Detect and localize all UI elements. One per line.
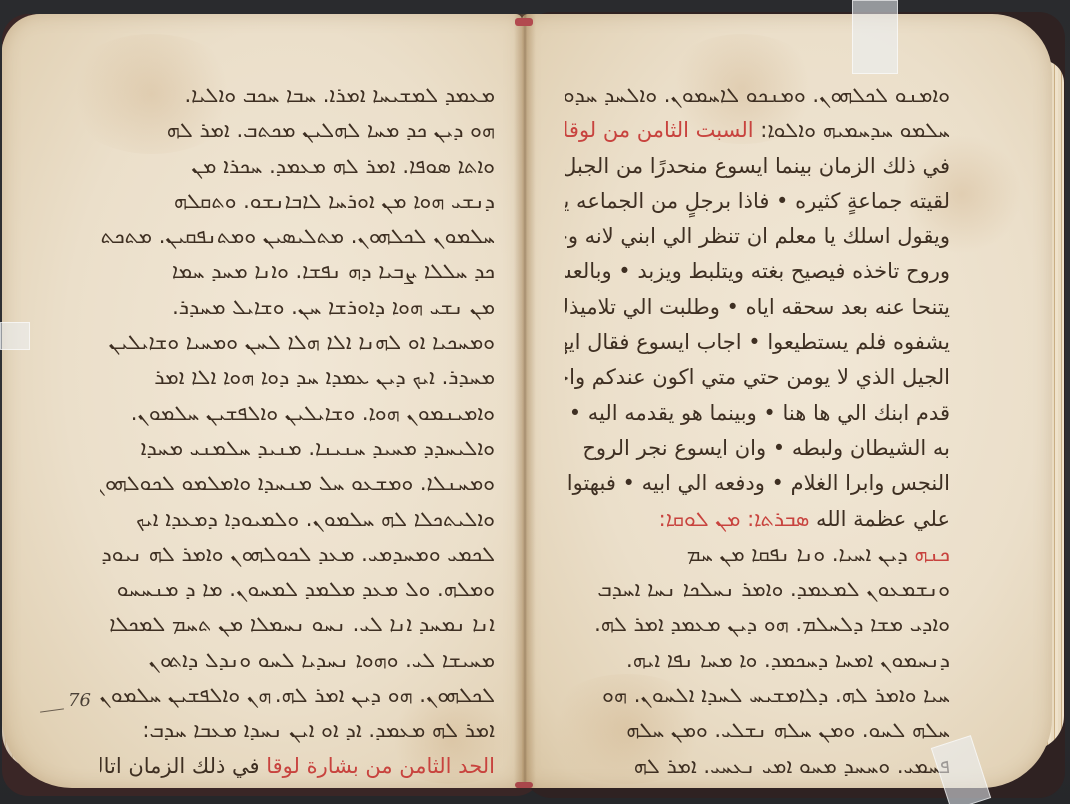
manuscript-line: ܠܟܠܗܘܢ. ܗܘ ܕܝܢ ܐܡܪ ܠܗ. ܗܢ ܘܐܠܦܫܝܢ ܚܠܡܘܢ. <box>100 678 495 713</box>
manuscript-line: يتنحا عنه بعد سحقه اياه • وطلبت الي تلام… <box>565 290 950 325</box>
manuscript-line: ܐܡܪ ܠܗ ܡܥܡܕ. ܐܕ ܐܘ ܐܝܢ ܢܚܕܐ ܡܥܒܐ ܚܕܒ: <box>100 713 495 748</box>
body-text: ويقول اسلك يا معلم ان تنظر الي ابني لانه… <box>565 224 950 248</box>
folio-number: 76 <box>68 690 91 711</box>
manuscript-line: ܠܟܡܝ ܘܡܚܕܡܝ. ܡܥܕ ܠܟܘܠܗܘܢ ܘܐܡܪ ܠܗ ܢܝܘܕ <box>100 537 495 572</box>
body-text: ܚܠܡܘ ܚܕܚܡܝܗ ܘܐܠܘܐ: <box>754 118 950 142</box>
body-text: علي عظمة الله <box>809 507 950 531</box>
rubric-text: الحد الثامن من بشارة لوقا <box>260 754 495 778</box>
body-text: ܚܠܗ ܠܚܘ. ܘܡܢ ܚܠܗ ܢܫܠܝ. ܘܡܢ ܚܠܗ <box>626 718 950 742</box>
body-text: ܦܚܡܝ. ܘܚܚܕ ܡܚܘ ܐܡܝ ܢܥܚܝ. ܐܡܪ ܠܗ <box>634 754 950 778</box>
manuscript-line: ܘܢܫܡܥܘܢ ܠܡܥܡܕ. ܘܐܡܪ ܢܚܠܟܐ ܢܚܐ ܐܚܕܒ <box>565 572 950 607</box>
manuscript-line: ܚܠܡܘܢ ܠܟܠܗܘܢ. ܡܬܠܝܣܝܢ ܘܡܬܢܦܩܝܢ. ܡܬܟܬܒܝܢ <box>100 219 495 254</box>
mounting-tape-top <box>852 0 898 74</box>
body-text: ܘܡܚܢܠܐ. ܘܡܫܥܘ ܚܠ ܡܢܚܕܐ ܘܐܡܠܡܘ ܠܟܘܠܗܘܢ. <box>100 471 495 495</box>
body-text: ܘܐܡܢܘ ܠܟܠܗܘܢ. ܘܡܢܟܘ ܠܐܚܡܘܢ. ܘܐܠܚܕ ܚܕܘ <box>565 83 950 107</box>
manuscript-line: ܘܡܚܟܝܐ ܐܘ ܠܗܢܐ ܐܠܐ ܗܠܐ ܠܚܢ ܘܡܚܝܐ ܘܫܐܝܠܝܢ <box>100 325 495 360</box>
body-text: قدم ابنك الي ها هنا • وبينما هو يقدمه ال… <box>565 401 950 425</box>
manuscript-line: ܡܢ ܢܫܝ ܗܘܐ ܕܐܘܪܫܐ ܚܢ. ܘܫܐܝܠ ܡܚܕܪ. <box>100 290 495 325</box>
manuscript-line: به الشيطان ولبطه • وان ايسوع نجر الروح <box>565 431 950 466</box>
manuscript-line: ܡܚܕܪ. ܐܝܟ ܕܝܢ ܥܡܕܐ ܚܕ ܕܘܐ ܗܘܐ ܐܠܐ ܐܡܪ <box>100 360 495 395</box>
manuscript-line: قدم ابنك الي ها هنا • وبينما هو يقدمه ال… <box>565 396 950 431</box>
manuscript-line: ܗܘ ܕܝܢ ܟܕ ܡܚܐ ܠܗܠܝܢ ܡܟܬܒ. ܐܡܪ ܠܗ <box>100 113 495 148</box>
body-text: ܠܟܠܗܘܢ. ܗܘ ܕܝܢ ܐܡܪ ܠܗ. ܗܢ ܘܐܠܦܫܝܢ ܚܠܡܘܢ. <box>100 683 495 707</box>
manuscript-line: وروح تاخذه فيصيح بغته ويتلبط ويزبد • وبا… <box>565 254 950 289</box>
body-text: ܡܚܝܫܐ ܠܝ. ܘܗܘܐ ܢܚܕܝܐ ܠܚܘ ܘܢܕܠ ܕܐܬܘܢ <box>149 648 495 672</box>
body-text: يتنحا عنه بعد سحقه اياه • وطلبت الي تلام… <box>565 295 950 319</box>
left-page-text-block: ܡܥܡܕ ܠܡܫܝܚܐ ܐܡܪܐ. ܚܒܐ ܚܟܒ ܘܐܠܝܐ.ܗܘ ܕܝܢ ܟ… <box>100 78 495 784</box>
body-text: به الشيطان ولبطه • وان ايسوع نجر الروح <box>582 436 950 460</box>
body-text: ܚܠܡܘܢ ܠܟܠܗܘܢ. ܡܬܠܝܣܝܢ ܘܡܬܢܦܩܝܢ. ܡܬܟܬܒܝܢ <box>100 224 495 248</box>
manuscript-line: ܘܐܡܢܘ ܠܟܠܗܘܢ. ܘܡܢܟܘ ܠܐܚܡܘܢ. ܘܐܠܚܕ ܚܕܘ <box>565 78 950 113</box>
manuscript-line: ܘܐܡܝܢܡܘܢ ܗܘܐ. ܘܫܐܝܠܝܢ ܘܐܠܦܫܝܢ ܚܠܡܘܢ. <box>100 396 495 431</box>
body-text: وروح تاخذه فيصيح بغته ويتلبط ويزبد • وبا… <box>565 259 950 283</box>
manuscript-line: في ذلك الزمان بينما ايسوع منحدرًا من الج… <box>565 149 950 184</box>
body-text: ܘܡܠܗ. ܘܠ ܡܥܕ ܡܠܡܕ ܠܡܚܘܢ. ܡܐ ܕ ܡܢܚܚܘ <box>117 577 495 601</box>
body-text: ܘܐܠܝܚܕܕ ܡܚܝܕ ܚܢܝܢܐ. ܡܢܝܕ ܚܠܡܢܝ ܡܚܕܐ <box>141 436 495 460</box>
body-text: ܐܢܐ ܢܡܚܕ ܐܢܐ ܠܝ. ܢܚܘ ܢܚܡܠܐ ܡܢ ܬܚܡ ܠܡܟܠܐ <box>109 612 495 636</box>
manuscript-line: ܚܠܡܘ ܚܕܚܡܝܗ ܘܐܠܘܐ: السبت الثامن من لوقا <box>565 113 950 148</box>
rubric-text: ܟܢܗ <box>908 542 950 566</box>
manuscript-line: ܘܐܬܐ ܣܘܦܐ. ܐܡܪ ܠܗ ܡܥܡܕ. ܚܟܪܐ ܡܢ <box>100 149 495 184</box>
manuscript-line: ܐܢܐ ܢܡܚܕ ܐܢܐ ܠܝ. ܢܚܘ ܢܚܡܠܐ ܡܢ ܬܚܡ ܠܡܟܠܐ <box>100 607 495 642</box>
body-text: ܟܕ ܚܠܠܐ ܨܒܝܐ ܕܗ ܢܦܫܐ. ܘܐܢܐ ܡܚܕ ܚܡܐ <box>172 259 495 283</box>
body-text: ܗܘ ܕܝܢ ܟܕ ܡܚܐ ܠܗܠܝܢ ܡܟܬܒ. ܐܡܪ ܠܗ <box>167 118 495 142</box>
manuscript-line: ܘܐܠܝܬܟܠܐ ܠܗ ܚܠܡܘܢ. ܘܠܡܝܘܕܐ ܕܡܥܕܐ ܐܝܟ <box>100 502 495 537</box>
body-text: ܐܡܪ ܠܗ ܡܥܡܕ. ܐܕ ܐܘ ܐܝܢ ܢܚܕܐ ܡܥܒܐ ܚܕܒ: <box>142 718 495 742</box>
headband-top <box>515 18 533 26</box>
body-text: ܕܢܚܡܘܢ ܐܡܚܐ ܕܚܟܡܕ. ܘܐ ܡܚܐ ܢܦܐ ܐܝܗ. <box>626 648 950 672</box>
rubric-text: ܣܒܪܬܐ: ܡܢ ܠܘܩܐ: <box>659 507 810 531</box>
body-text: ܘܐܕܝ ܡܫܐ ܕܠܚܠܡ. ܗܘ ܕܝܢ ܡܥܡܕ ܐܡܪ ܠܗ. <box>594 612 950 636</box>
manuscript-line: ܕܢܫܝ ܗܘܐ ܡܢ ܐܘܪܚܐ ܠܐܒܐܢܫܘ. ܘܬܩܠܗ <box>100 184 495 219</box>
body-text: ܚܝܐ ܘܐܡܪ ܠܗ. ܕܠܐܡܫܝܚ ܠܚܕܐ ܐܠܚܘܢ. ܗܘ <box>602 683 950 707</box>
body-text: ܘܐܬܐ ܣܘܦܐ. ܐܡܪ ܠܗ ܡܥܡܕ. ܚܟܪܐ ܡܢ <box>191 154 495 178</box>
body-text: في ذلك الزمان بينما ايسوع منحدرًا من الج… <box>565 154 950 178</box>
body-text: ܘܐܠܝܬܟܠܐ ܠܗ ܚܠܡܘܢ. ܘܠܡܝܘܕܐ ܕܡܥܕܐ ܐܝܟ <box>136 507 495 531</box>
manuscript-line: ܟܢܗ ܕܝܢ ܐܚܝܐ. ܘܢܐ ܢܦܩܐ ܡܢ ܚܡ <box>565 537 950 572</box>
book-gutter <box>514 14 536 788</box>
body-text: ܠܟܡܝ ܘܡܚܕܡܝ. ܡܥܕ ܠܟܘܠܗܘܢ ܘܐܡܪ ܠܗ ܢܝܘܕ <box>101 542 495 566</box>
body-text: ܡܢ ܢܫܝ ܗܘܐ ܕܐܘܪܫܐ ܚܢ. ܘܫܐܝܠ ܡܚܕܪ. <box>172 295 495 319</box>
body-text: في ذلك الزمان اتالى <box>100 754 260 778</box>
manuscript-line: النجس وابرا الغلام • ودفعه الي ابيه • فب… <box>565 466 950 501</box>
manuscript-line: ܦܚܡܝ. ܘܚܚܕ ܡܚܘ ܐܡܝ ܢܥܚܝ. ܐܡܪ ܠܗ <box>565 749 950 784</box>
body-text: ܘܡܚܟܝܐ ܐܘ ܠܗܢܐ ܐܠܐ ܗܠܐ ܠܚܢ ܘܡܚܝܐ ܘܫܐܝܠܝܢ <box>109 330 495 354</box>
manuscript-line: ܕܢܚܡܘܢ ܐܡܚܐ ܕܚܟܡܕ. ܘܐ ܡܚܐ ܢܦܐ ܐܝܗ. <box>565 643 950 678</box>
manuscript-line: ܡܚܝܫܐ ܠܝ. ܘܗܘܐ ܢܚܕܝܐ ܠܚܘ ܘܢܕܠ ܕܐܬܘܢ <box>100 643 495 678</box>
manuscript-line: الحد الثامن من بشارة لوقا في ذلك الزمان … <box>100 749 495 784</box>
manuscript-line: لقيته جماعةٍ كثيره • فاذا برجلٍ من الجما… <box>565 184 950 219</box>
body-text: ܡܚܕܪ. ܐܝܟ ܕܝܢ ܥܡܕܐ ܚܕ ܕܘܐ ܗܘܐ ܐܠܐ ܐܡܪ <box>154 365 495 389</box>
rubric-text: السبت الثامن من لوقا <box>565 118 754 142</box>
body-text: ܕܝܢ ܐܚܝܐ. ܘܢܐ ܢܦܩܐ ܡܢ ܚܡ <box>687 542 908 566</box>
manuscript-line: يشفوه فلم يستطيعوا • اجاب ايسوع فقال ايه… <box>565 325 950 360</box>
manuscript-line: ܘܐܕܝ ܡܫܐ ܕܠܚܠܡ. ܗܘ ܕܝܢ ܡܥܡܕ ܐܡܪ ܠܗ. <box>565 607 950 642</box>
body-text: ܘܐܡܝܢܡܘܢ ܗܘܐ. ܘܫܐܝܠܝܢ ܘܐܠܦܫܝܢ ܚܠܡܘܢ. <box>131 401 495 425</box>
headband-bottom <box>515 782 533 788</box>
body-text: ܕܢܫܝ ܗܘܐ ܡܢ ܐܘܪܚܐ ܠܐܒܐܢܫܘ. ܘܬܩܠܗ <box>174 189 495 213</box>
manuscript-line: ܡܥܡܕ ܠܡܫܝܚܐ ܐܡܪܐ. ܚܒܐ ܚܟܒ ܘܐܠܝܐ. <box>100 78 495 113</box>
manuscript-line: ܘܡܠܗ. ܘܠ ܡܥܕ ܡܠܡܕ ܠܡܚܘܢ. ܡܐ ܕ ܡܢܚܚܘ <box>100 572 495 607</box>
manuscript-line: ܚܝܐ ܘܐܡܪ ܠܗ. ܕܠܐܡܫܝܚ ܠܚܕܐ ܐܠܚܘܢ. ܗܘ <box>565 678 950 713</box>
body-text: يشفوه فلم يستطيعوا • اجاب ايسوع فقال ايه… <box>565 330 950 354</box>
manuscript-line: ويقول اسلك يا معلم ان تنظر الي ابني لانه… <box>565 219 950 254</box>
right-page-text-block: ܘܐܡܢܘ ܠܟܠܗܘܢ. ܘܡܢܟܘ ܠܐܚܡܘܢ. ܘܐܠܚܕ ܚܕܘܚܠܡ… <box>565 78 950 784</box>
manuscript-line: ܘܡܚܢܠܐ. ܘܡܫܥܘ ܚܠ ܡܢܚܕܐ ܘܐܡܠܡܘ ܠܟܘܠܗܘܢ. <box>100 466 495 501</box>
body-text: ܡܥܡܕ ܠܡܫܝܚܐ ܐܡܪܐ. ܚܒܐ ܚܟܒ ܘܐܠܝܐ. <box>185 83 496 107</box>
body-text: ܘܢܫܡܥܘܢ ܠܡܥܡܕ. ܘܐܡܪ ܢܚܠܟܐ ܢܚܐ ܐܚܕܒ <box>597 577 950 601</box>
body-text: الجيل الذي لا يومن حتي متي اكون عندكم وا… <box>565 365 950 389</box>
manuscript-line: ܟܕ ܚܠܠܐ ܨܒܝܐ ܕܗ ܢܦܫܐ. ܘܐܢܐ ܡܚܕ ܚܡܐ <box>100 254 495 289</box>
body-text: لقيته جماعةٍ كثيره • فاذا برجلٍ من الجما… <box>565 189 950 213</box>
manuscript-line: الجيل الذي لا يومن حتي متي اكون عندكم وا… <box>565 360 950 395</box>
manuscript-line: ܘܐܠܝܚܕܕ ܡܚܝܕ ܚܢܝܢܐ. ܡܢܝܕ ܚܠܡܢܝ ܡܚܕܐ <box>100 431 495 466</box>
manuscript-line: ܚܠܗ ܠܚܘ. ܘܡܢ ܚܠܗ ܢܫܠܝ. ܘܡܢ ܚܠܗ <box>565 713 950 748</box>
mounting-tape-left <box>0 322 30 350</box>
manuscript-line: علي عظمة الله ܣܒܪܬܐ: ܡܢ ܠܘܩܐ: <box>565 502 950 537</box>
body-text: النجس وابرا الغلام • ودفعه الي ابيه • فب… <box>565 471 950 495</box>
